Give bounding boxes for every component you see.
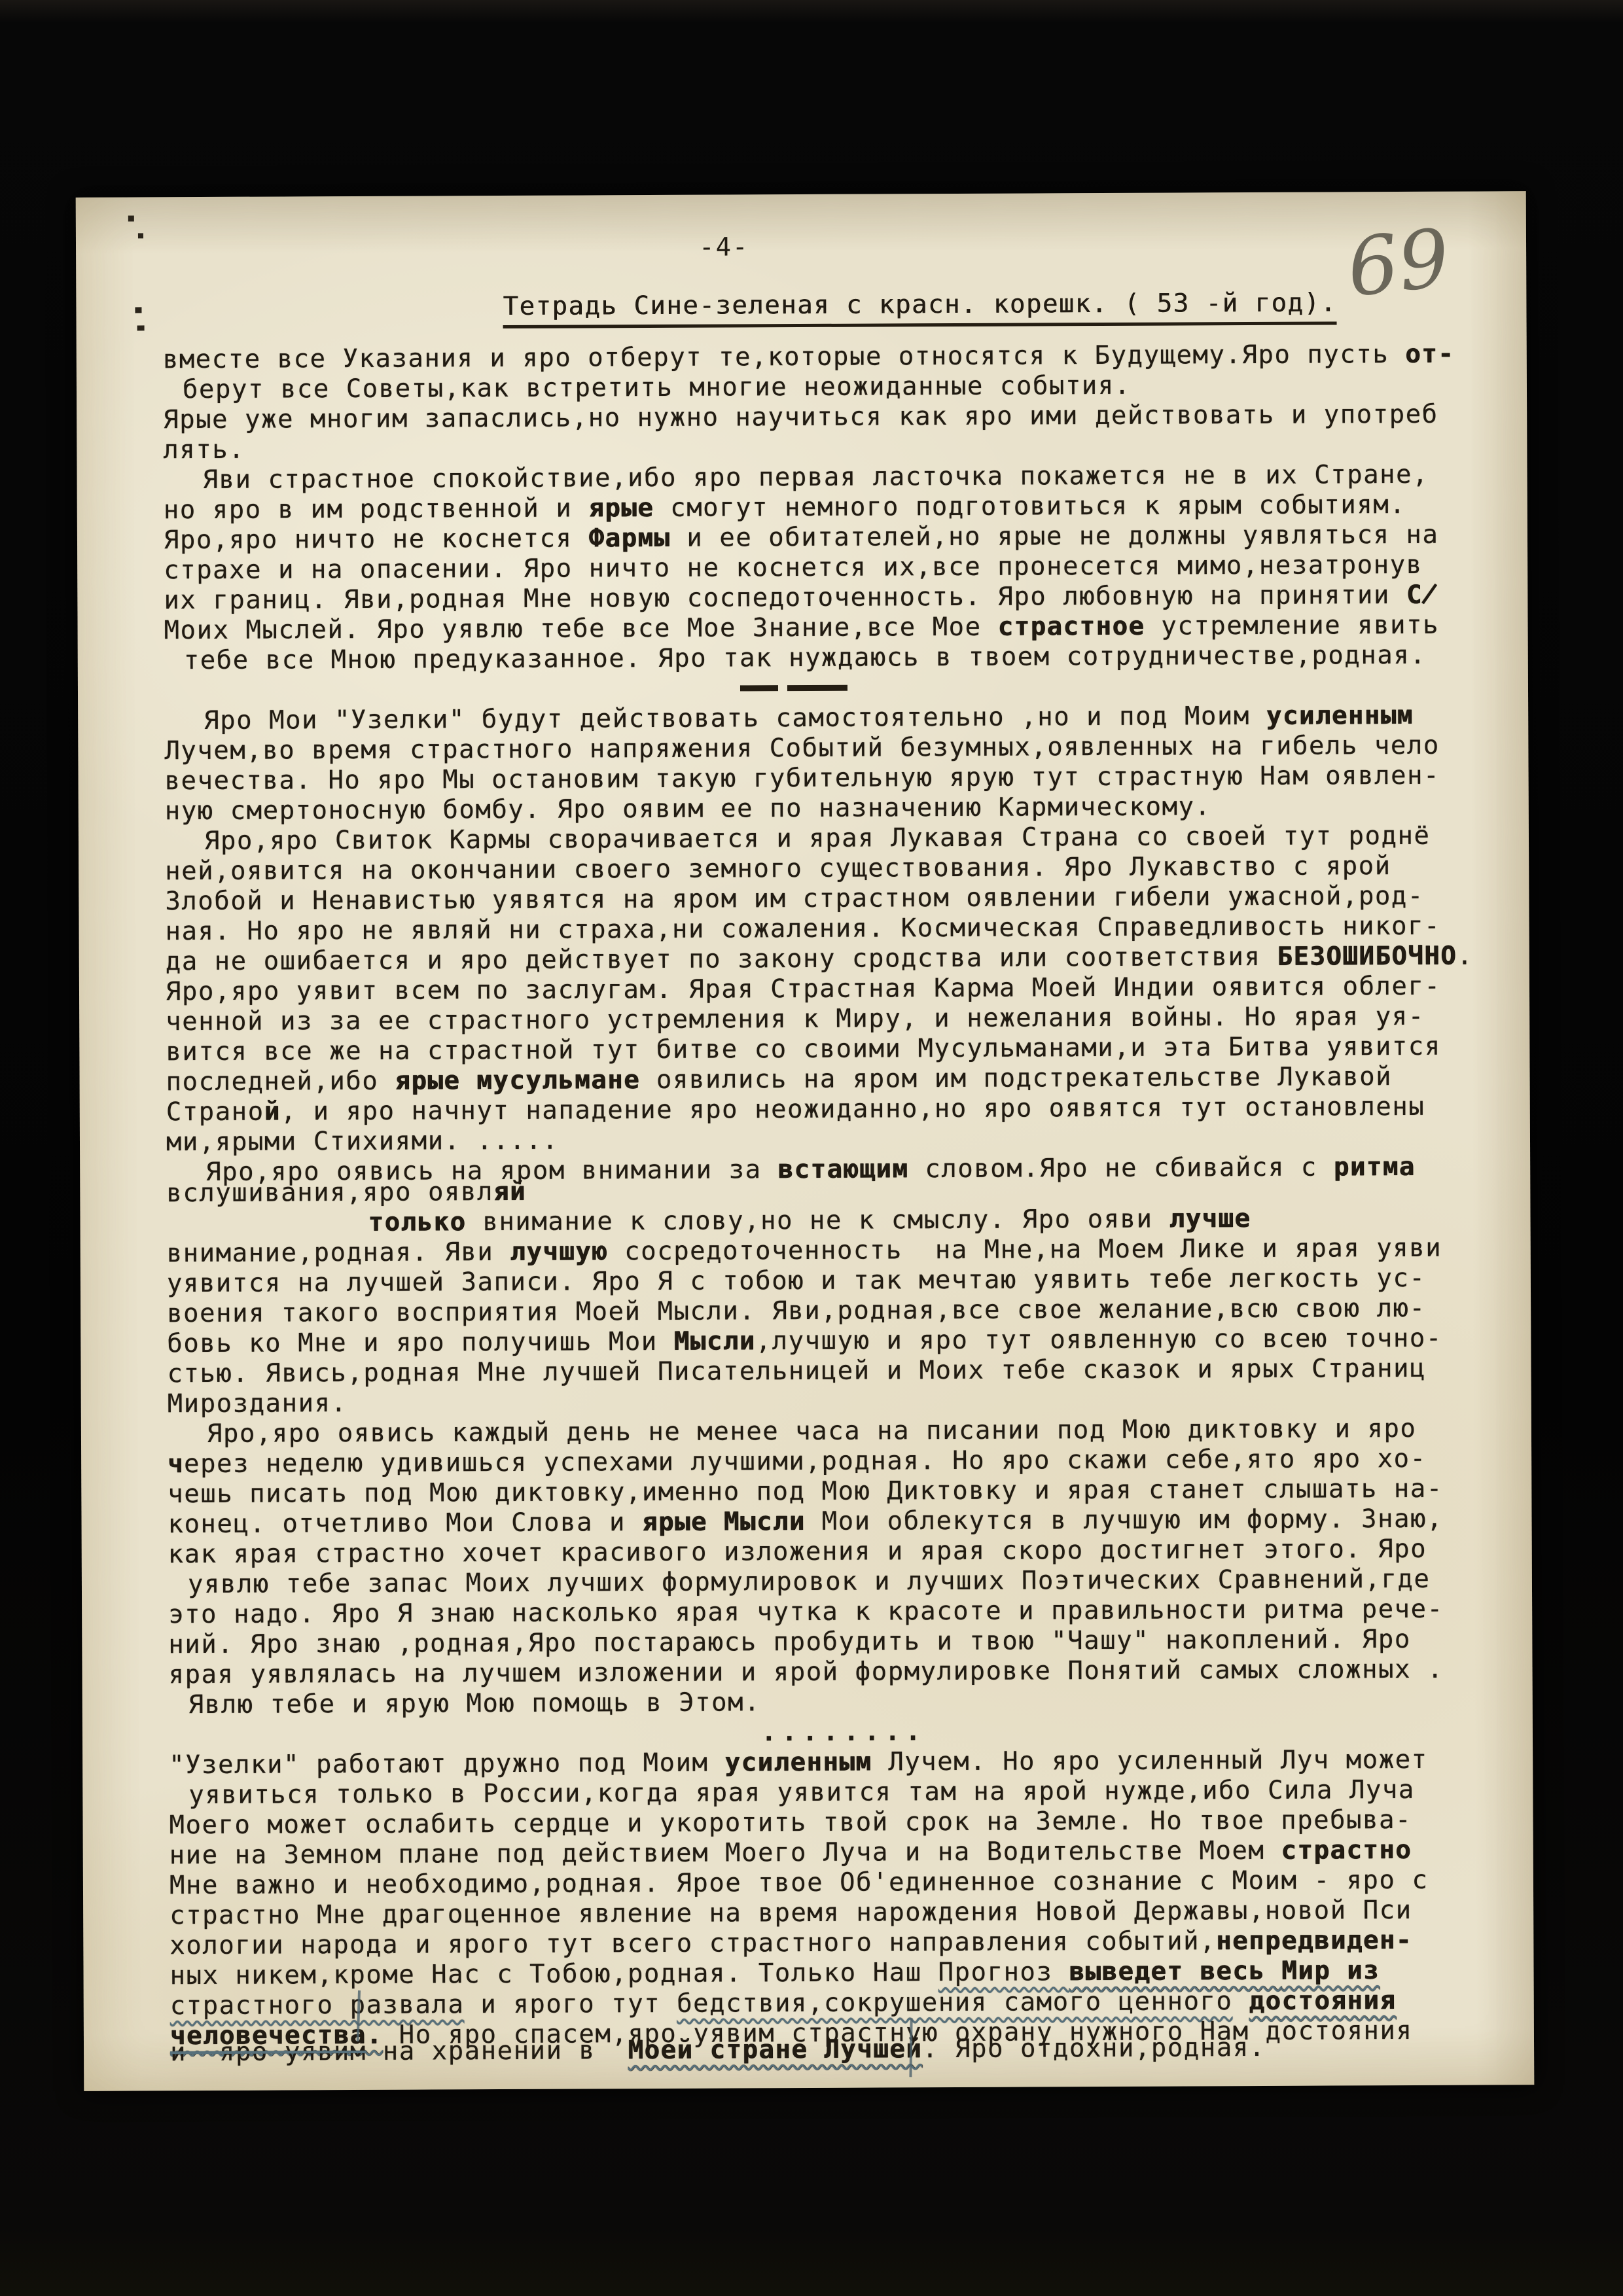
stray-ink-mark bbox=[135, 307, 141, 313]
typed-dash-separator bbox=[164, 670, 1514, 706]
stray-ink-mark bbox=[138, 233, 143, 238]
text-column: -4- Тетрадь Сине-зеленая с красн. корешк… bbox=[162, 229, 1520, 2068]
text-line: вместе все Указания и яро отберут те,кот… bbox=[163, 339, 1512, 375]
text-line: Ярые уже многим запаслись,но нужно научи… bbox=[163, 399, 1512, 435]
text-line: стью. Явись,родная Мне лучшей Писательни… bbox=[167, 1353, 1516, 1389]
document-title-text: Тетрадь Сине-зеленая с красн. корешк. ( … bbox=[503, 288, 1336, 328]
stray-ink-mark bbox=[128, 215, 134, 221]
scanned-document-screenshot: { "page": { "number_top": "-4-", "handwr… bbox=[0, 0, 1623, 2296]
pencil-mark bbox=[909, 2018, 912, 2077]
text-line: Страной, и яро начнут нападение яро неож… bbox=[166, 1091, 1516, 1127]
typewritten-page: 69 -4- Тетрадь Сине-зеленая с красн. кор… bbox=[76, 191, 1535, 2091]
text-line: вечества. Но яро Мы остановим такую губи… bbox=[164, 760, 1514, 796]
stray-ink-mark bbox=[137, 325, 145, 330]
body-text: вместе все Указания и яро отберут те,кот… bbox=[163, 339, 1520, 2068]
document-title: Тетрадь Сине-зеленая с красн. корешк. ( … bbox=[162, 283, 1512, 328]
page-number: -4- bbox=[162, 229, 1512, 265]
text-line: ярая уявлялась на лучшем изложении и яро… bbox=[168, 1654, 1518, 1690]
